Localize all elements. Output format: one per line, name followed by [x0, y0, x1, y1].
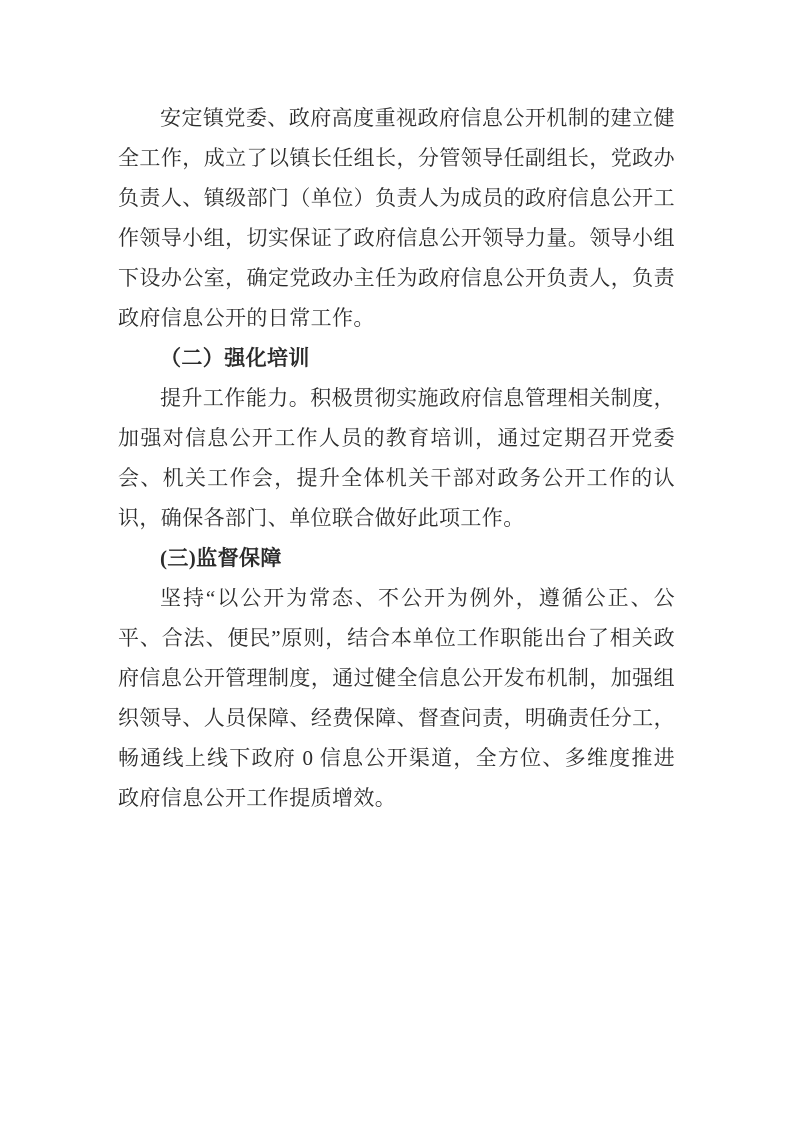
section-heading-supervision-guarantee: (三)监督保障 — [118, 538, 675, 578]
body-paragraph-training: 提升工作能力。积极贯彻实施政府信息管理相关制度，加强对信息公开工作人员的教育培训… — [118, 378, 675, 538]
document-content: 安定镇党委、政府高度重视政府信息公开机制的建立健全工作，成立了以镇长任组长，分管… — [118, 98, 675, 818]
body-paragraph-supervision: 坚持“以公开为常态、不公开为例外，遵循公正、公平、合法、便民”原则，结合本单位工… — [118, 578, 675, 818]
body-paragraph-leadership-group: 安定镇党委、政府高度重视政府信息公开机制的建立健全工作，成立了以镇长任组长，分管… — [118, 98, 675, 338]
section-heading-strengthen-training: （二）强化培训 — [118, 338, 675, 378]
document-page: 安定镇党委、政府高度重视政府信息公开机制的建立健全工作，成立了以镇长任组长，分管… — [0, 0, 793, 1122]
